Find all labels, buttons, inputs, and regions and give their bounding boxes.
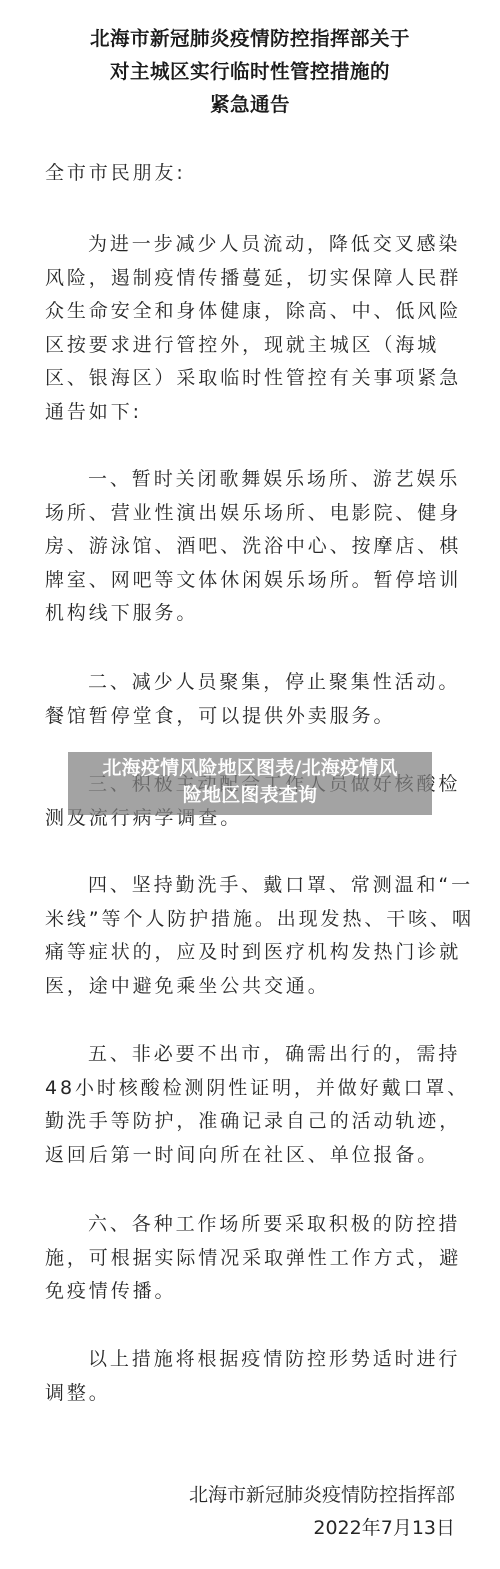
caption-line-2: 险地区图表查询	[68, 782, 432, 809]
intro-line: 区按要求进行管控外，现就主城区（海城	[45, 332, 439, 358]
notice-title-line-1: 北海市新冠肺炎疫情防控指挥部关于	[0, 22, 500, 56]
item-5-line: 五、非必要不出市，确需出行的，需持	[88, 1041, 460, 1067]
item-5-line: 勤洗手等防护，准确记录自己的活动轨迹，	[45, 1108, 461, 1134]
item-5-line: 返回后第一时间向所在社区、单位报备。	[45, 1142, 439, 1168]
closing-line: 以上措施将根据疫情防控形势适时进行	[88, 1346, 460, 1372]
item-1-line: 房、游泳馆、酒吧、洗浴中心、按摩店、棋	[45, 533, 461, 559]
closing-line: 调整。	[45, 1380, 111, 1406]
caption-overlay-text: 北海疫情风险地区图表/北海疫情风 险地区图表查询	[68, 755, 432, 809]
caption-line-1: 北海疫情风险地区图表/北海疫情风	[68, 755, 432, 782]
signature-org: 北海市新冠肺炎疫情防控指挥部	[189, 1482, 455, 1508]
item-4-line: 医，途中避免乘坐公共交通。	[45, 973, 330, 999]
intro-line: 风险，遏制疫情传播蔓延，切实保障人民群	[45, 265, 461, 291]
notice-title-line-3: 紧急通告	[0, 88, 500, 122]
intro-line: 众生命安全和身体健康，除高、中、低风险	[45, 298, 461, 324]
item-1-line: 机构线下服务。	[45, 600, 198, 626]
item-1-line: 场所、营业性演出娱乐场所、电影院、健身	[45, 500, 461, 526]
notice-title-line-2: 对主城区实行临时性管控措施的	[0, 55, 500, 89]
item-2-line: 餐馆暂停堂食，可以提供外卖服务。	[45, 703, 395, 729]
item-6-line: 免疫情传播。	[45, 1278, 176, 1304]
item-4-line: 四、坚持勤洗手、戴口罩、常测温和“一	[88, 872, 473, 898]
intro-line: 区、银海区）采取临时性管控有关事项紧急	[45, 365, 461, 391]
item-1-line: 一、暂时关闭歌舞娱乐场所、游艺娱乐	[88, 466, 460, 492]
signature-date: 2022年7月13日	[313, 1515, 455, 1541]
item-4-line: 痛等症状的，应及时到医疗机构发热门诊就	[45, 939, 461, 965]
intro-line: 通告如下:	[45, 399, 142, 425]
item-5-line: 48小时核酸检测阴性证明，并做好戴口罩、	[45, 1075, 469, 1101]
salutation: 全市市民朋友:	[45, 160, 186, 186]
item-6-line: 六、各种工作场所要采取积极的防控措	[88, 1211, 460, 1237]
item-6-line: 施，可根据实际情况采取弹性工作方式，避	[45, 1245, 461, 1271]
item-2-line: 二、减少人员聚集，停止聚集性活动。	[88, 669, 460, 695]
intro-line: 为进一步减少人员流动，降低交叉感染	[88, 231, 460, 257]
item-4-line: 米线”等个人防护措施。出现发热、干咳、咽	[45, 906, 474, 932]
item-1-line: 牌室、网吧等文体休闲娱乐场所。暂停培训	[45, 567, 461, 593]
